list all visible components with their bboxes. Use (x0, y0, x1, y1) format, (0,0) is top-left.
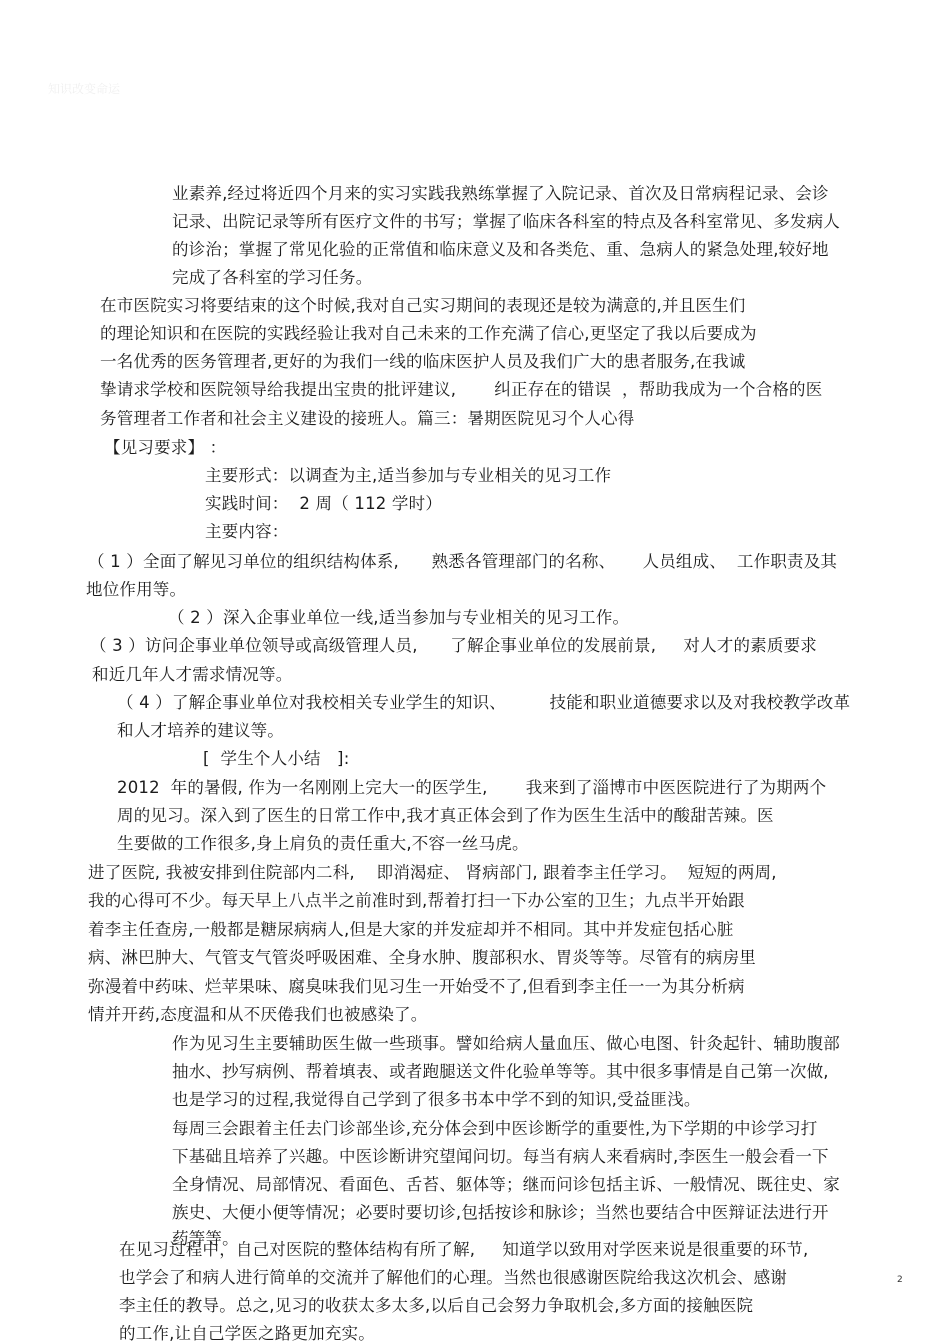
text-line: 作为见习生主要辅助医生做一些琐事。譬如给病人量血压、做心电图、针灸起针、辅助腹部 (172, 1034, 840, 1054)
requirements-heading: 【见习要求】 ： (104, 438, 226, 458)
text-line: 在市医院实习将要结束的这个时候,我对自己实习期间的表现还是较为满意的,并且医生们 (100, 296, 746, 316)
text-line: 李主任的教导。总之,见习的收获太多太多,以后自己会努力争取机会,多方面的接触医院 (119, 1296, 753, 1316)
text-line: 和人才培养的建议等。 (117, 721, 284, 741)
text-line: 挚请求学校和医院领导给我提出宝贵的批评建议, 纠正存在的错误 ，帮助我成为一个合… (100, 380, 822, 400)
text-line: 2012 年的暑假, 作为一名刚刚上完大一的医学生, 我来到了淄博市中医医院进行… (117, 778, 826, 798)
text-line: 也学会了和病人进行简单的交流并了解他们的心理。当然也很感谢医院给我这次机会、感谢 (119, 1268, 787, 1288)
text-line: 和近几年人才需求情况等。 (92, 665, 292, 685)
text-line: 弥漫着中药味、烂苹果味、腐臭味我们见习生一开始受不了,但看到李主任一一为其分析病 (88, 977, 745, 997)
requirements-time: 实践时间： 2 周（ 112 学时） (205, 494, 442, 514)
text-line: 着李主任查房,一般都是糖尿病病人,但是大家的并发症却并不相同。其中并发症包括心脏 (88, 920, 734, 940)
text-line: 记录、出院记录等所有医疗文件的书写；掌握了临床各科室的特点及各科室常见、多发病人 (172, 212, 840, 232)
page-number: 2 (897, 1275, 903, 1285)
text-line: 的诊治；掌握了常见化验的正常值和临床意义及和各类危、重、急病人的紧急处理,较好地 (172, 240, 829, 260)
text-line: 地位作用等。 (86, 580, 186, 600)
text-line: 也是学习的过程,我觉得自己学到了很多书本中学不到的知识,受益匪浅。 (172, 1090, 701, 1110)
text-line: （ 4 ）了解企事业单位对我校相关专业学生的知识、 技能和职业道德要求以及对我校… (117, 693, 850, 713)
text-line: 在见习过程中，自己对医院的整体结构有所了解, 知道学以致用对学医来说是很重要的环… (119, 1240, 808, 1260)
text-line: 全身情况、局部情况、看面色、舌苔、躯体等；继而问诊包括主诉、一般情况、既往史、家 (172, 1175, 840, 1195)
text-line: 务管理者工作者和社会主义建设的接班人。篇三：暑期医院见习个人心得 (100, 409, 634, 429)
text-line: （ 1 ）全面了解见习单位的组织结构体系, 熟悉各管理部门的名称、 人员组成、 … (88, 552, 837, 572)
text-line: 的理论知识和在医院的实践经验让我对自己未来的工作充满了信心,更坚定了我以后要成为 (100, 324, 757, 344)
text-line: 进了医院, 我被安排到住院部内二科, 即消渴症、 肾病部门, 跟着李主任学习。 … (88, 863, 777, 883)
text-line: 族史、大便小便等情况；必要时要切诊,包括按诊和脉诊；当然也要结合中医辩证法进行开 (172, 1203, 829, 1223)
text-line: 每周三会跟着主任去门诊部坐诊,充分体会到中医诊断学的重要性,为下学期的中诊学习打 (172, 1119, 818, 1139)
summary-heading: [ 学生个人小结 ]: (203, 749, 349, 769)
document-page: 知识改变命运 业素养,经过将近四个月来的实习实践我熟练掌握了入院记录、首次及日常… (0, 0, 950, 1344)
text-line: 下基础且培养了兴趣。中医诊断讲究望闻问切。每当有病人来看病时,李医生一般会看一下 (172, 1147, 829, 1167)
requirements-content-label: 主要内容： (205, 522, 289, 542)
text-line: 病、淋巴肿大、气管支气管炎呼吸困难、全身水肿、腹部积水、胃炎等等。尽管有的病房里 (88, 948, 756, 968)
watermark: 知识改变命运 (48, 80, 120, 97)
text-line: 情并开药,态度温和从不厌倦我们也被感染了。 (88, 1005, 427, 1025)
text-line: 的工作,让自己学医之路更加充实。 (119, 1324, 375, 1344)
text-line: （ 2 ）深入企事业单位一线,适当参加与专业相关的见习工作。 (168, 608, 629, 628)
text-line: 一名优秀的医务管理者,更好的为我们一线的临床医护人员及我们广大的患者服务,在我诚 (100, 352, 746, 372)
text-line: 完成了各科室的学习任务。 (172, 268, 372, 288)
text-line: 周的见习。深入到了医生的日常工作中,我才真正体会到了作为医生生活中的酸甜苦辣。医 (117, 806, 774, 826)
text-line: 我的心得可不少。每天早上八点半之前准时到,帮着打扫一下办公室的卫生；九点半开始跟 (88, 891, 745, 911)
requirements-form: 主要形式：以调查为主,适当参加与专业相关的见习工作 (205, 466, 611, 486)
text-line: 抽水、抄写病例、帮着填表、或者跑腿送文件化验单等等。其中很多事情是自己第一次做, (172, 1062, 829, 1082)
text-line: 生要做的工作很多,身上肩负的责任重大,不容一丝马虎。 (117, 834, 529, 854)
text-line: 业素养,经过将近四个月来的实习实践我熟练掌握了入院记录、首次及日常病程记录、会诊 (172, 184, 829, 204)
text-line: （ 3 ）访问企事业单位领导或高级管理人员, 了解企事业单位的发展前景, 对人才… (90, 636, 817, 656)
